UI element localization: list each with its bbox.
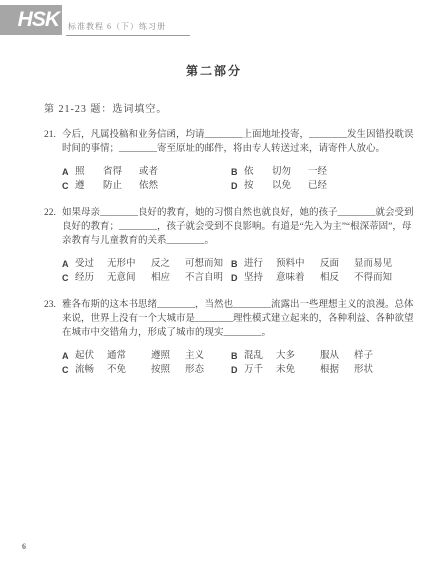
question-number: 22. bbox=[44, 206, 62, 285]
option-word: 省得 bbox=[103, 165, 139, 179]
option-word: 进行 bbox=[244, 257, 276, 271]
option-letter: D bbox=[231, 179, 244, 193]
question-body: 雅各布斯的这本书思绪________，当然也________流露出一些理想主义的… bbox=[62, 298, 418, 377]
workbook-page: HSK 标准教程 6（下）练习册 第二部分 第 21-23 题：选词填空。 21… bbox=[0, 0, 428, 573]
option-letter: A bbox=[62, 349, 75, 363]
option-word: 照 bbox=[75, 165, 103, 179]
option-word: 主义 bbox=[185, 349, 204, 363]
option-letter: D bbox=[231, 363, 244, 377]
hsk-logo-text: HSK bbox=[18, 8, 59, 32]
option-word: 依 bbox=[244, 165, 272, 179]
option-word: 意味着 bbox=[276, 271, 320, 285]
option-word: 根据 bbox=[320, 363, 354, 377]
option-b: B 依 切勿 一经 bbox=[231, 165, 327, 179]
option-c: C 经历 无意间 相应 不言自明 bbox=[62, 271, 231, 285]
option-d: D 按 以免 已经 bbox=[231, 179, 327, 193]
option-word: 或者 bbox=[139, 165, 158, 179]
section-title: 第二部分 bbox=[0, 62, 428, 79]
option-word: 显而易见 bbox=[354, 257, 392, 271]
options-row: C 流畅 不免 按照 形态 D 万千 未免 根据 形状 bbox=[62, 363, 418, 377]
question-text-line: 如果母亲________良好的教育，她的习惯自然也就良好，她的孩子_______… bbox=[62, 206, 418, 220]
option-word: 万千 bbox=[244, 363, 276, 377]
option-word: 遵 bbox=[75, 179, 103, 193]
option-d: D 坚持 意味着 相反 不得而知 bbox=[231, 271, 392, 285]
question-number: 23. bbox=[44, 298, 62, 377]
option-a: A 照 省得 或者 bbox=[62, 165, 231, 179]
option-word: 相反 bbox=[320, 271, 354, 285]
option-word: 一经 bbox=[308, 165, 327, 179]
option-word: 不言自明 bbox=[185, 271, 223, 285]
option-word: 以免 bbox=[272, 179, 308, 193]
option-word: 无形中 bbox=[107, 257, 151, 271]
options-row: C 遵 防止 依然 D 按 以免 已经 bbox=[62, 179, 418, 193]
option-word: 大多 bbox=[276, 349, 320, 363]
question-text-line: 良好的教育；________，孩子就会受到不良影响。有道是“先入为主”“根深蒂固… bbox=[62, 220, 418, 234]
option-word: 预料中 bbox=[276, 257, 320, 271]
page-number: 6 bbox=[22, 542, 26, 551]
options-grid: A 受过 无形中 反之 可想而知 B 进行 预料中 反面 显而易见 bbox=[62, 257, 418, 285]
option-d: D 万千 未免 根据 形状 bbox=[231, 363, 373, 377]
option-word: 形状 bbox=[354, 363, 373, 377]
question-23: 23. 雅各布斯的这本书思绪________，当然也________流露出一些理… bbox=[44, 298, 418, 377]
option-word: 防止 bbox=[103, 179, 139, 193]
hsk-logo: HSK bbox=[0, 5, 62, 35]
option-letter: B bbox=[231, 349, 244, 363]
options-grid: A 起伏 通常 遵照 主义 B 混乱 大多 服从 样子 bbox=[62, 349, 418, 377]
question-body: 如果母亲________良好的教育，她的习惯自然也就良好，她的孩子_______… bbox=[62, 206, 418, 285]
option-word: 样子 bbox=[354, 349, 373, 363]
options-row: A 照 省得 或者 B 依 切勿 一经 bbox=[62, 165, 418, 179]
option-letter: B bbox=[231, 257, 244, 271]
option-word: 遵照 bbox=[151, 349, 185, 363]
option-letter: A bbox=[62, 165, 75, 179]
option-word: 相应 bbox=[151, 271, 185, 285]
option-letter: C bbox=[62, 271, 75, 285]
option-letter: D bbox=[231, 271, 244, 285]
option-word: 混乱 bbox=[244, 349, 276, 363]
option-letter: C bbox=[62, 363, 75, 377]
option-letter: A bbox=[62, 257, 75, 271]
question-text-line: 时间的事情；________寄至原址的邮件，将由专人转送过来，请寄件人放心。 bbox=[62, 142, 418, 156]
instruction-line: 第 21-23 题：选词填空。 bbox=[44, 100, 428, 115]
option-word: 形态 bbox=[185, 363, 204, 377]
question-number: 21. bbox=[44, 128, 62, 193]
option-word: 反之 bbox=[151, 257, 185, 271]
option-word: 无意间 bbox=[107, 271, 151, 285]
option-word: 不免 bbox=[107, 363, 151, 377]
option-c: C 流畅 不免 按照 形态 bbox=[62, 363, 231, 377]
options-row: C 经历 无意间 相应 不言自明 D 坚持 意味着 相反 不得而知 bbox=[62, 271, 418, 285]
option-word: 起伏 bbox=[75, 349, 107, 363]
question-text-line: 在城市中交错角力，形成了城市的现实________。 bbox=[62, 326, 418, 340]
header-rule bbox=[66, 35, 190, 36]
options-row: A 起伏 通常 遵照 主义 B 混乱 大多 服从 样子 bbox=[62, 349, 418, 363]
page-header: HSK 标准教程 6（下）练习册 bbox=[0, 0, 428, 44]
book-title: 标准教程 6（下）练习册 bbox=[68, 21, 166, 32]
question-text-line: 来说，世界上没有一个大城市是________理性模式建立起来的，各种利益、各种欲… bbox=[62, 312, 418, 326]
option-word: 服从 bbox=[320, 349, 354, 363]
option-word: 反面 bbox=[320, 257, 354, 271]
option-word: 按 bbox=[244, 179, 272, 193]
option-word: 依然 bbox=[139, 179, 158, 193]
option-word: 切勿 bbox=[272, 165, 308, 179]
option-word: 流畅 bbox=[75, 363, 107, 377]
option-word: 已经 bbox=[308, 179, 327, 193]
question-22: 22. 如果母亲________良好的教育，她的习惯自然也就良好，她的孩子___… bbox=[44, 206, 418, 285]
option-word: 可想而知 bbox=[185, 257, 223, 271]
option-c: C 遵 防止 依然 bbox=[62, 179, 231, 193]
option-b: B 混乱 大多 服从 样子 bbox=[231, 349, 373, 363]
option-word: 坚持 bbox=[244, 271, 276, 285]
option-word: 不得而知 bbox=[354, 271, 392, 285]
option-a: A 受过 无形中 反之 可想而知 bbox=[62, 257, 231, 271]
option-letter: C bbox=[62, 179, 75, 193]
question-21: 21. 今后，凡属投稿和业务信函，均请________上面地址投寄，______… bbox=[44, 128, 418, 193]
option-word: 经历 bbox=[75, 271, 107, 285]
question-text-line: 今后，凡属投稿和业务信函，均请________上面地址投寄，________发生… bbox=[62, 128, 418, 142]
question-body: 今后，凡属投稿和业务信函，均请________上面地址投寄，________发生… bbox=[62, 128, 418, 193]
option-word: 按照 bbox=[151, 363, 185, 377]
option-letter: B bbox=[231, 165, 244, 179]
option-word: 通常 bbox=[107, 349, 151, 363]
option-word: 未免 bbox=[276, 363, 320, 377]
question-text-line: 雅各布斯的这本书思绪________，当然也________流露出一些理想主义的… bbox=[62, 298, 418, 312]
option-word: 受过 bbox=[75, 257, 107, 271]
question-text-line: 亲教育与儿童教育的关系________。 bbox=[62, 234, 418, 248]
option-a: A 起伏 通常 遵照 主义 bbox=[62, 349, 231, 363]
options-row: A 受过 无形中 反之 可想而知 B 进行 预料中 反面 显而易见 bbox=[62, 257, 418, 271]
option-b: B 进行 预料中 反面 显而易见 bbox=[231, 257, 392, 271]
options-grid: A 照 省得 或者 B 依 切勿 一经 C 遵 bbox=[62, 165, 418, 193]
